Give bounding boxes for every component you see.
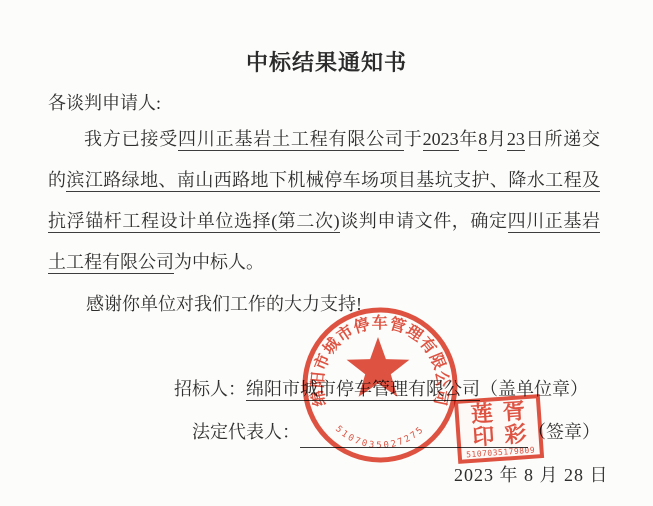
underlined-segment: 23 xyxy=(507,129,525,151)
legal-rep-sign-note: （签章） xyxy=(528,422,600,442)
underlined-segment: 抗浮锚杆工程设计单位选择(第二次) xyxy=(48,211,340,233)
text-segment: 为中标人。 xyxy=(174,252,264,272)
paragraph-line: 的滨江路绿地、南山西路地下机械停车场项目基坑支护、降水工程及 xyxy=(48,160,600,201)
text-segment: 谈判申请文件，确定 xyxy=(340,211,508,231)
text-segment: 于 xyxy=(404,129,423,149)
bidder-row: 招标人：绵阳市城市停车管理有限公司（盖单位章） xyxy=(174,374,588,404)
text-segment: 我方已接受 xyxy=(84,129,178,149)
salutation: 各谈判申请人: xyxy=(48,89,161,115)
document-title: 中标结果通知书 xyxy=(0,46,653,77)
legal-rep-row: 法定代表人： （签章） xyxy=(192,417,600,448)
underlined-segment: 滨江路绿地、南山西路地下机械停车场项目基坑支护、降水工程及 xyxy=(66,170,600,192)
date-line: 2023 年 8 月 28 日 xyxy=(454,460,609,490)
signature-blank-line xyxy=(300,417,528,448)
body-paragraph: 我方已接受四川正基岩土工程有限公司于2023年8月23日所递交的滨江路绿地、南山… xyxy=(48,119,600,283)
thanks-line: 感谢你单位对我们工作的大力支持! xyxy=(48,284,600,324)
paragraph-line: 我方已接受四川正基岩土工程有限公司于2023年8月23日所递交 xyxy=(48,119,600,160)
underlined-segment: 四川正基岩土工程有限公司 xyxy=(178,129,404,151)
bidder-name: 绵阳市城市停车管理有限公司 xyxy=(246,379,480,401)
paragraph-line: 抗浮锚杆工程设计单位选择(第二次)谈判申请文件，确定四川正基岩 xyxy=(48,201,600,242)
bidder-stamp-note: （盖单位章） xyxy=(480,379,588,399)
underlined-segment: 8 xyxy=(478,129,487,151)
legal-rep-label: 法定代表人： xyxy=(192,422,300,442)
text-segment: 日所递交 xyxy=(525,129,600,149)
underlined-segment: 土工程有限公司 xyxy=(48,252,174,274)
text-segment: 的 xyxy=(48,170,66,190)
paragraph-line: 土工程有限公司为中标人。 xyxy=(48,242,600,283)
text-segment: 月 xyxy=(487,129,507,149)
underlined-segment: 四川正基岩 xyxy=(508,211,600,233)
bidder-label: 招标人： xyxy=(174,379,246,399)
document-page: 中标结果通知书 各谈判申请人: 我方已接受四川正基岩土工程有限公司于2023年8… xyxy=(0,0,653,506)
underlined-segment: 2023 xyxy=(423,129,459,151)
text-segment: 年 xyxy=(459,129,479,149)
